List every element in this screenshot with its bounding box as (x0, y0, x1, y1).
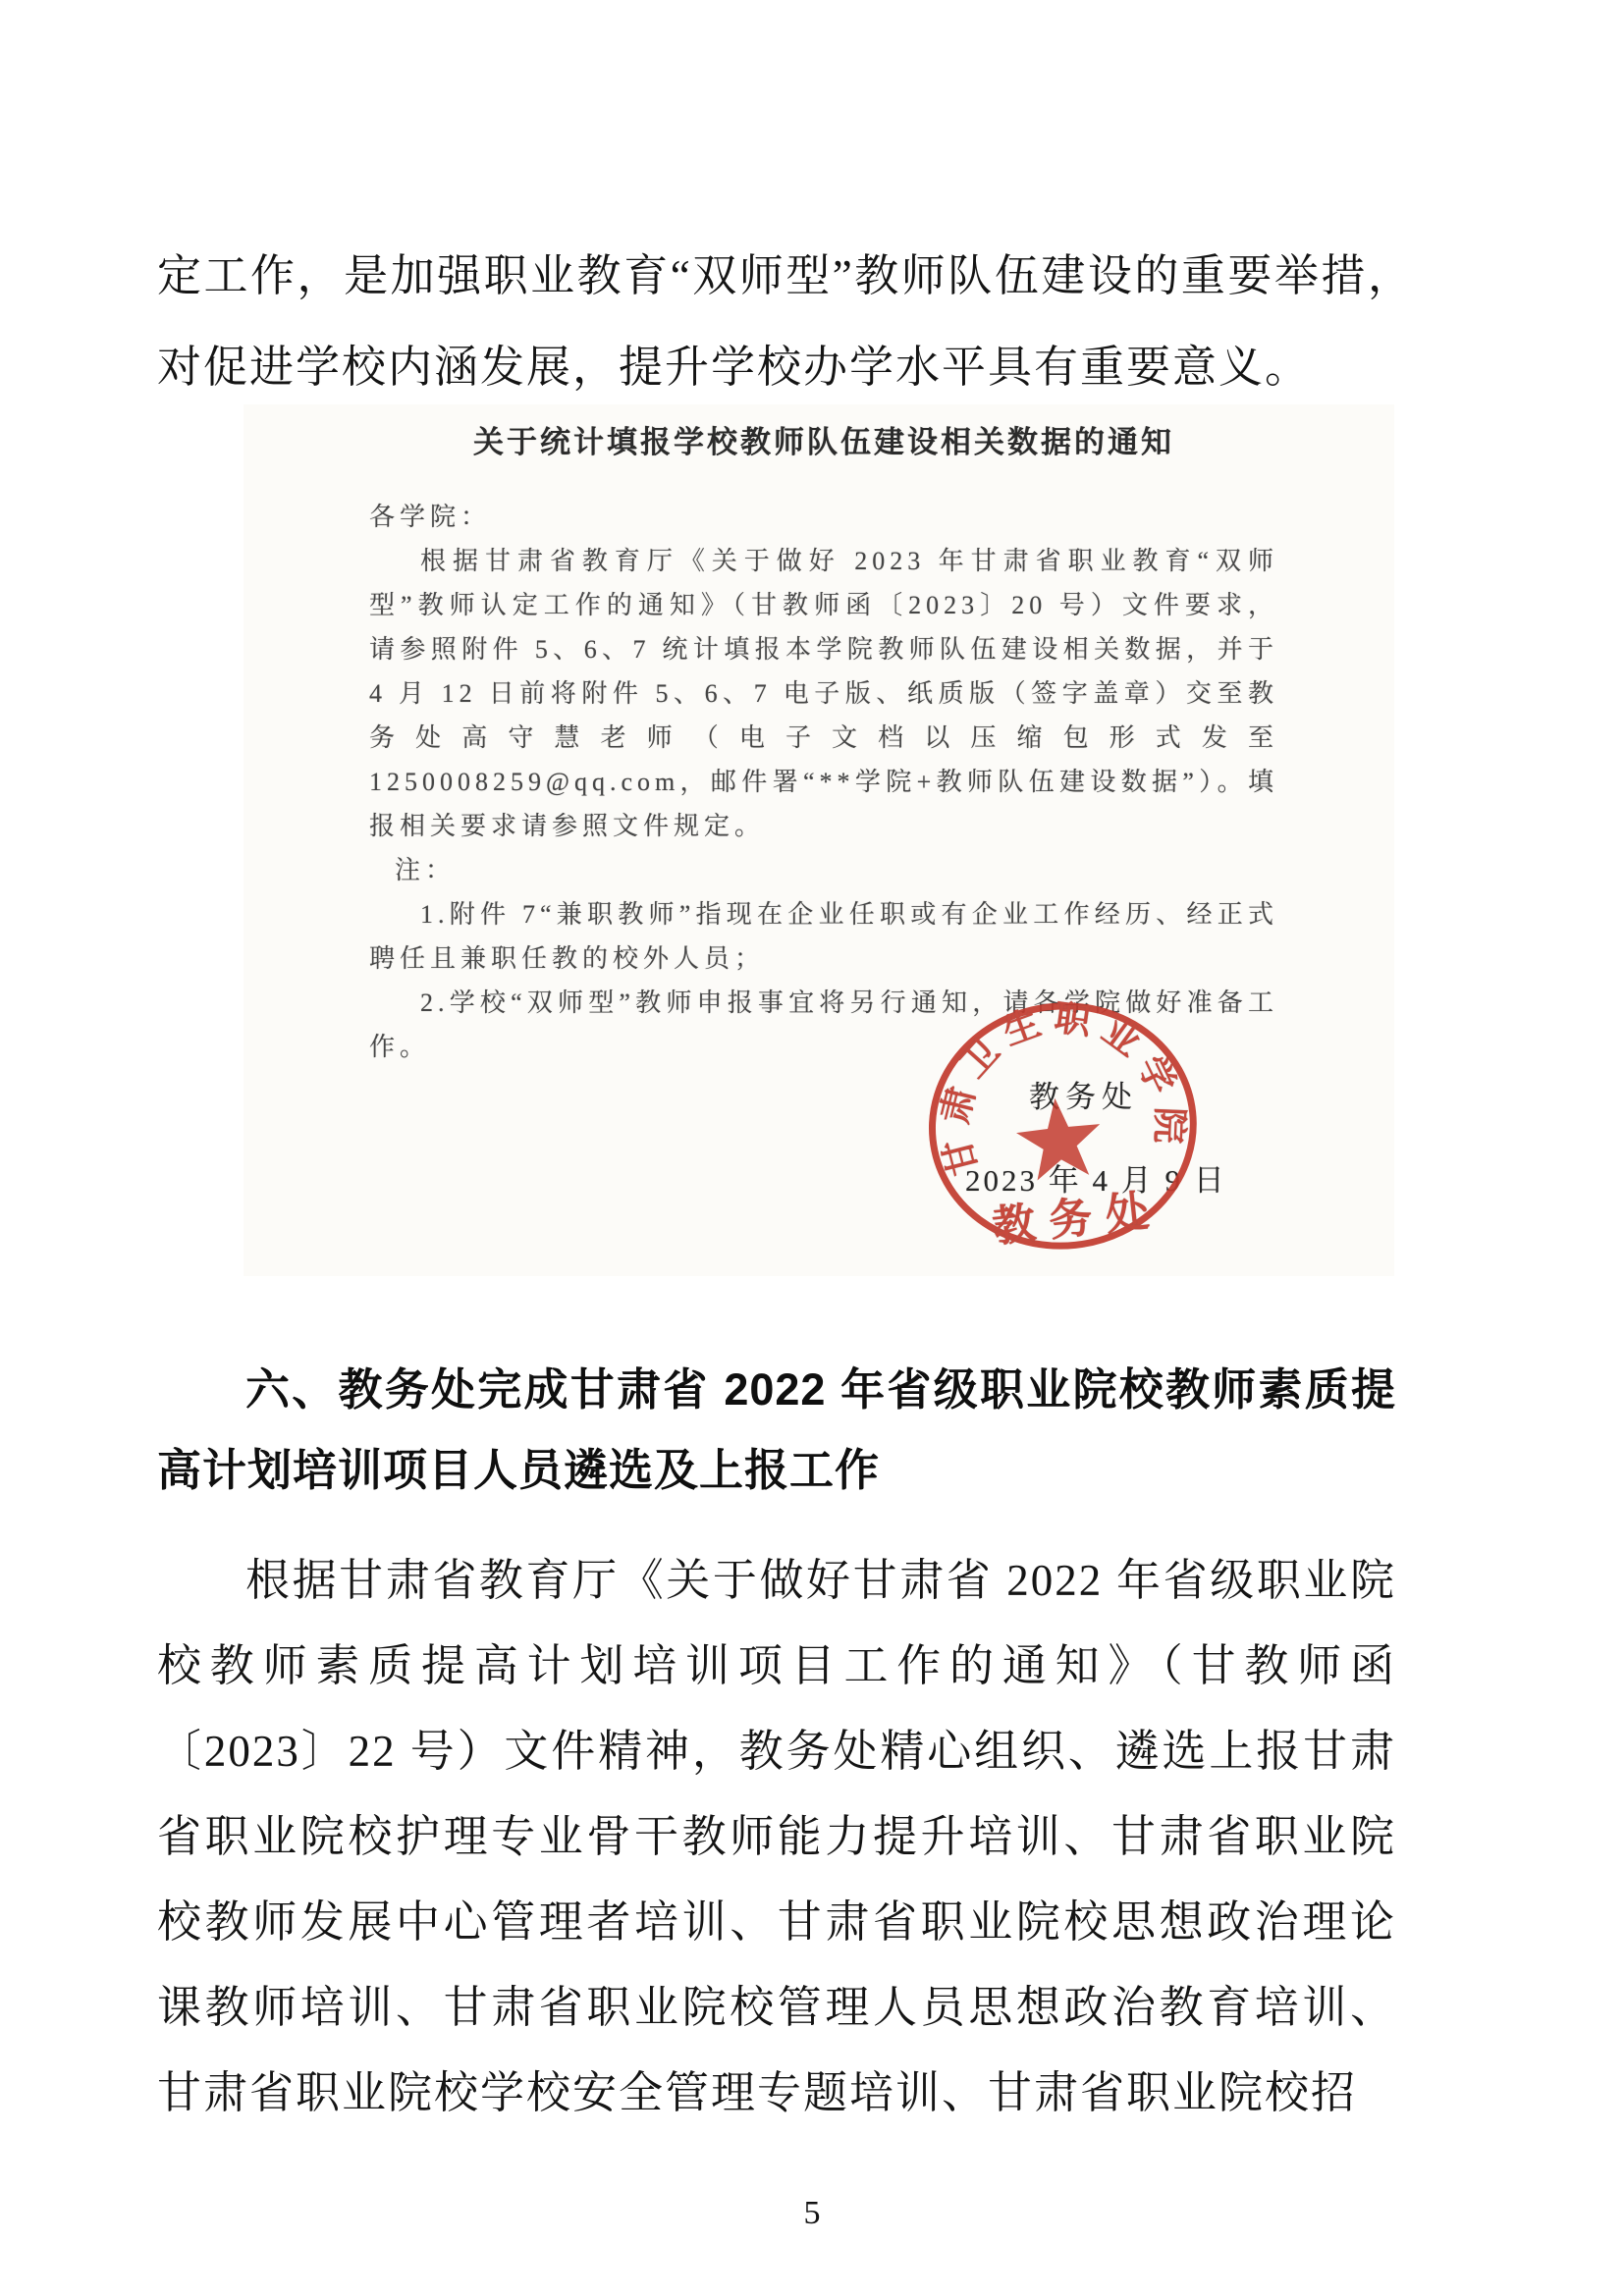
seal-star-icon (1013, 1094, 1106, 1182)
seal-bottom-text: 教务处 (990, 1186, 1164, 1252)
notice-title: 关于统计填报学校教师队伍建设相关数据的通知 (369, 418, 1278, 467)
section-heading: 六、教务处完成甘肃省 2022 年省级职业院校教师素质提高计划培训项目人员遴选及… (157, 1350, 1396, 1511)
notice-body: 根据甘肃省教育厅《关于做好 2023 年甘肃省职业教育“双师型”教师认定工作的通… (369, 539, 1278, 848)
page-number: 5 (0, 2195, 1624, 2232)
intro-paragraph: 定工作，是加强职业教育“双师型”教师队伍建设的重要举措，对促进学校内涵发展，提升… (157, 231, 1414, 413)
section-body-paragraph: 根据甘肃省教育厅《关于做好甘肃省 2022 年省级职业院校教师素质提高计划培训项… (157, 1538, 1396, 2136)
official-seal: 甘肃卫生职业学院 教务处 (908, 985, 1219, 1280)
notice-scan-image: 关于统计填报学校教师队伍建设相关数据的通知 各学院： 根据甘肃省教育厅《关于做好… (244, 404, 1394, 1276)
notice-note-1: 1.附件 7“兼职教师”指现在企业任职或有企业工作经历、经正式聘任且兼职任教的校… (369, 892, 1278, 981)
notice-salutation: 各学院： (369, 495, 1278, 539)
document-page: 定工作，是加强职业教育“双师型”教师队伍建设的重要举措，对促进学校内涵发展，提升… (0, 0, 1624, 2296)
notice-note-label: 注： (369, 848, 1278, 892)
